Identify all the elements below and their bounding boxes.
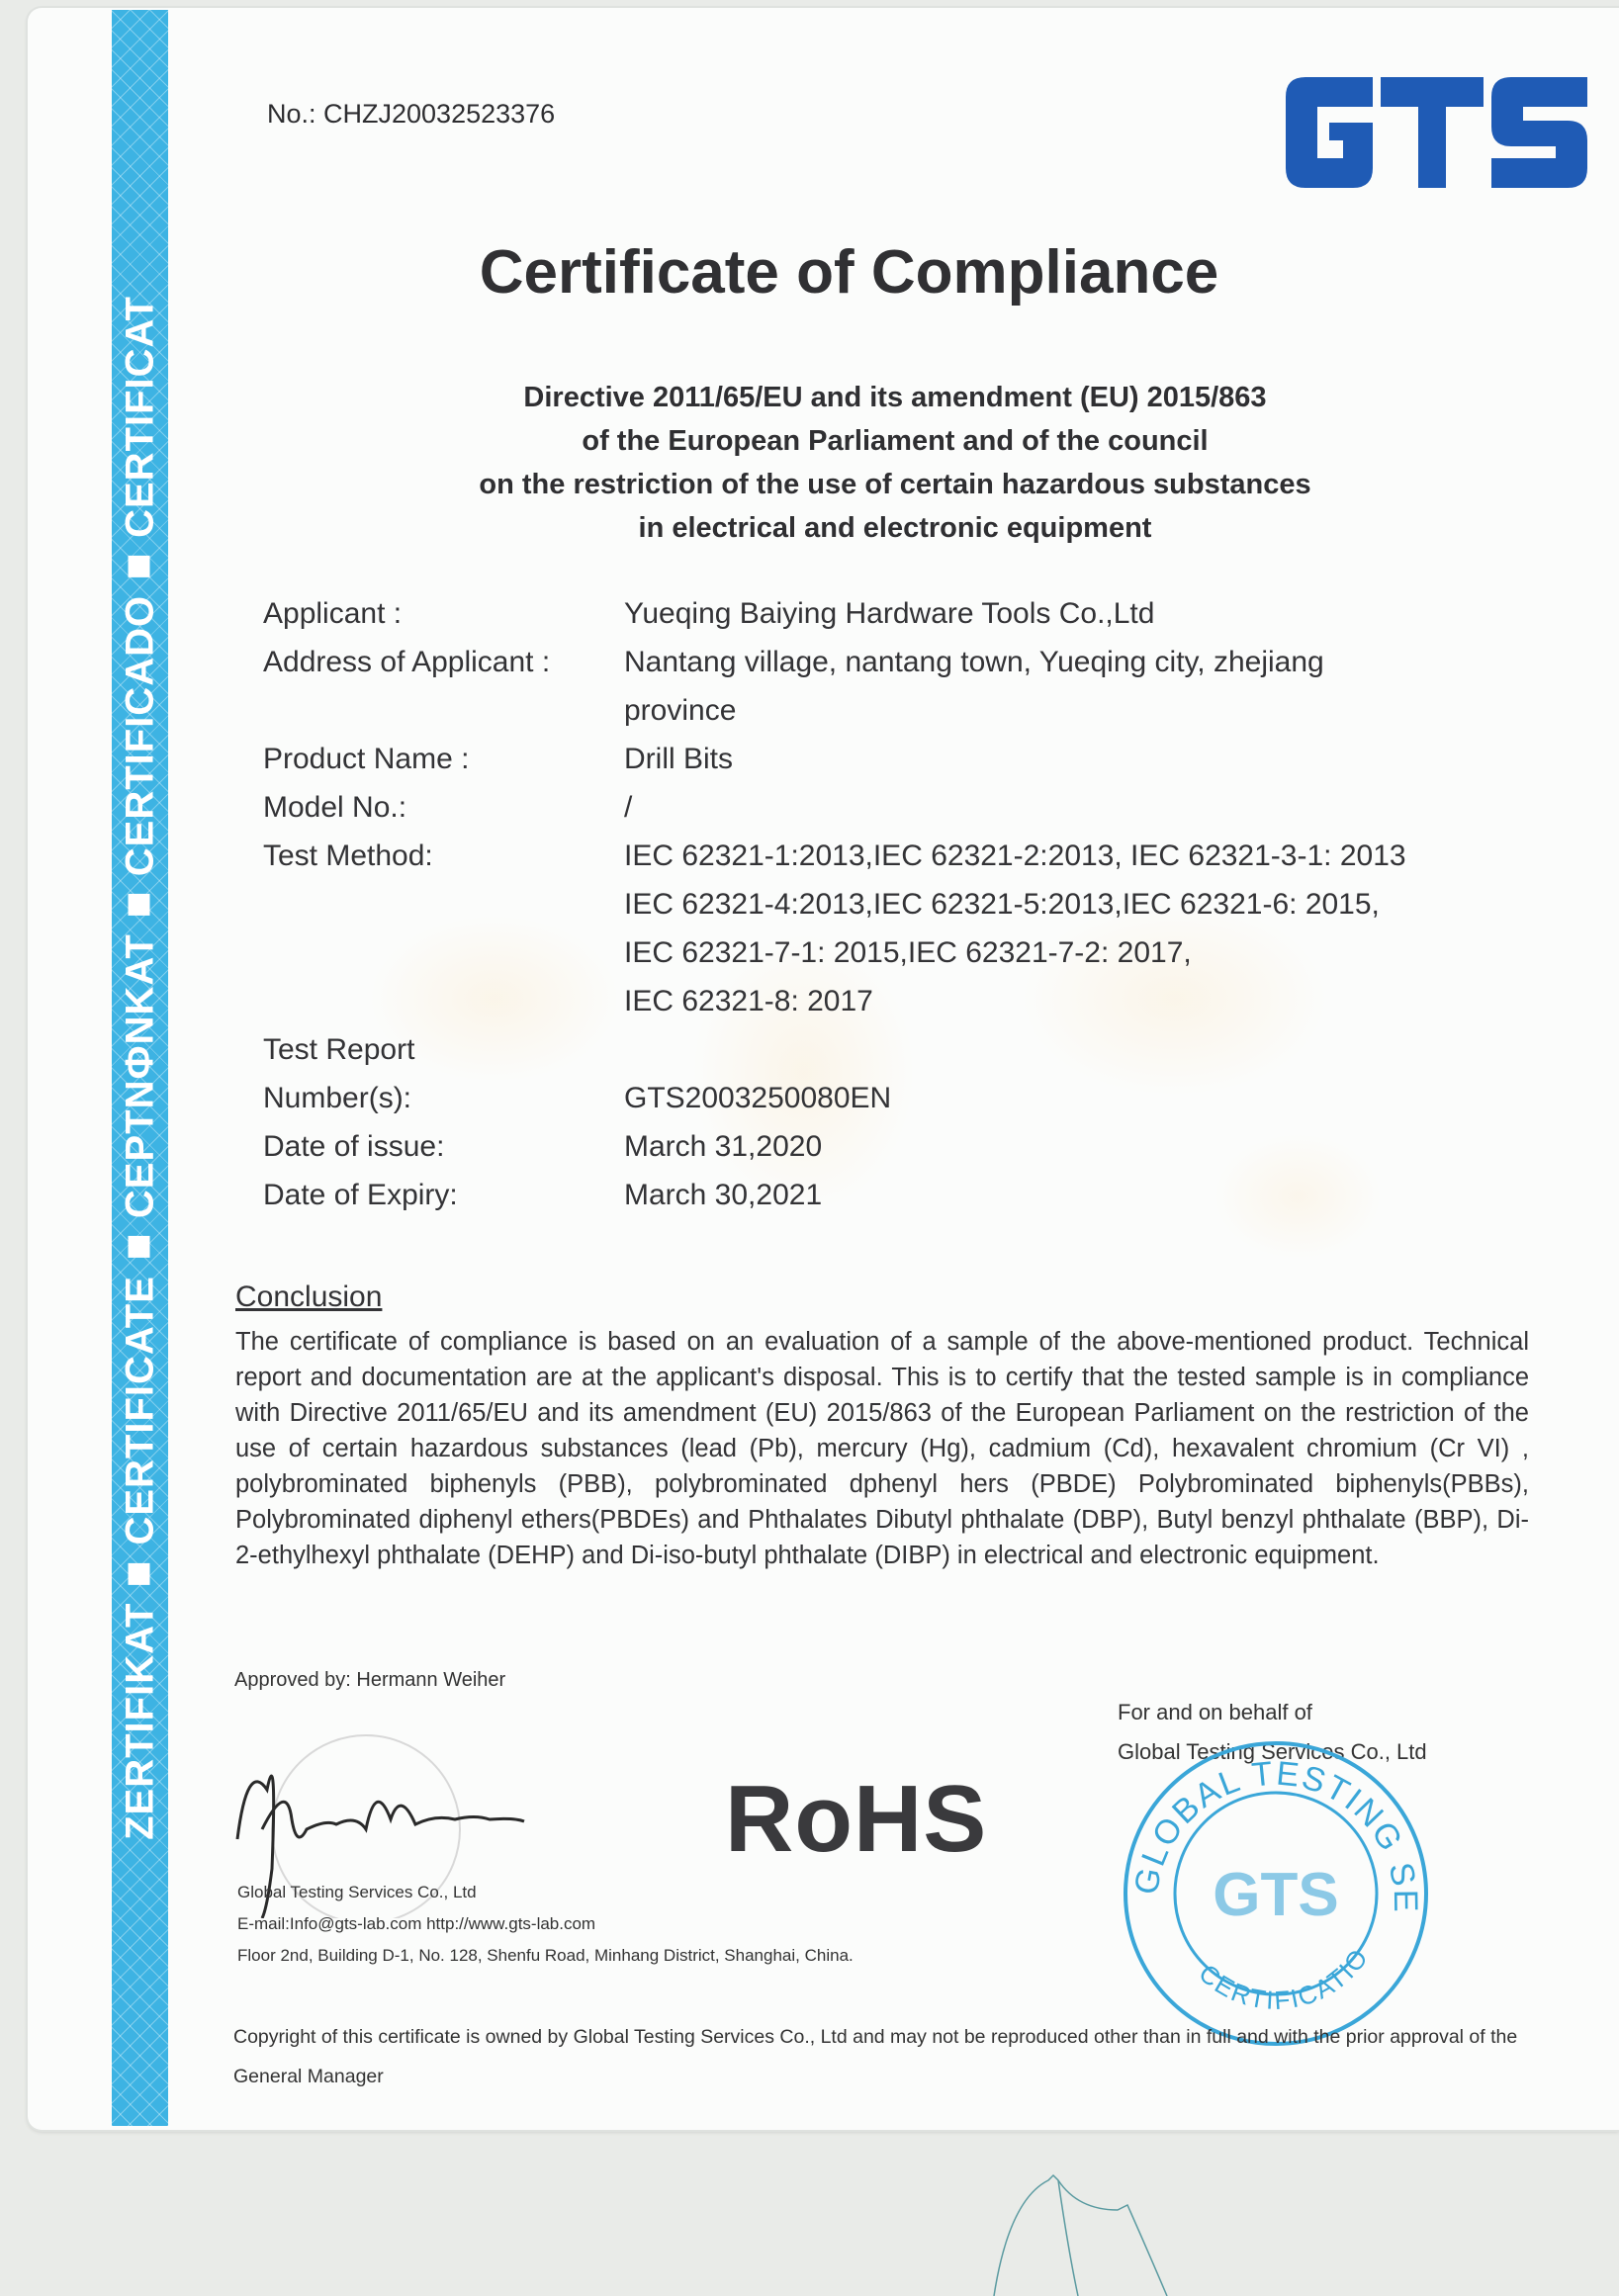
- certificate-title: Certificate of Compliance: [0, 237, 1619, 308]
- approved-by: Approved by: Hermann Weiher: [234, 1669, 505, 1692]
- field-value: IEC 62321-1:2013,IEC 62321-2:2013, IEC 6…: [624, 832, 1549, 880]
- separator-square: [128, 1563, 149, 1585]
- field-label: [263, 880, 624, 928]
- conclusion-section: Conclusion The certificate of compliance…: [235, 1280, 1529, 1573]
- company-info: Global Testing Services Co., Ltd E-mail:…: [237, 1877, 854, 1972]
- field-row: Test Report: [263, 1025, 1549, 1074]
- field-label: Number(s):: [263, 1074, 624, 1122]
- field-value: Nantang village, nantang town, Yueqing c…: [624, 638, 1549, 686]
- field-row: IEC 62321-4:2013,IEC 62321-5:2013,IEC 62…: [263, 880, 1549, 928]
- directive-line: in electrical and electronic equipment: [356, 506, 1434, 550]
- side-band-text: ZERTIFIKATCERTIFICATECEPTNФNKATCERTIFICA…: [118, 296, 162, 1840]
- field-row: Test Method:IEC 62321-1:2013,IEC 62321-2…: [263, 832, 1549, 880]
- copyright-notice: Copyright of this certificate is owned b…: [233, 2017, 1559, 2096]
- field-value: March 30,2021: [624, 1171, 1549, 1219]
- conclusion-body: The certificate of compliance is based o…: [235, 1324, 1529, 1573]
- separator-square: [128, 1236, 149, 1258]
- field-value: [624, 1025, 1549, 1074]
- field-row: Applicant :Yueqing Baiying Hardware Tool…: [263, 589, 1549, 638]
- field-label: Date of issue:: [263, 1122, 624, 1171]
- separator-square: [128, 894, 149, 916]
- scan-artifact: [989, 2170, 1286, 2296]
- field-label: [263, 977, 624, 1025]
- conclusion-title: Conclusion: [235, 1280, 1529, 1314]
- field-label: Model No.:: [263, 783, 624, 832]
- field-label: Date of Expiry:: [263, 1171, 624, 1219]
- behalf-line: For and on behalf of: [1118, 1693, 1427, 1732]
- separator-square: [128, 556, 149, 577]
- field-label: [263, 686, 624, 735]
- certificate-fields: Applicant :Yueqing Baiying Hardware Tool…: [263, 589, 1549, 1219]
- field-row: IEC 62321-8: 2017: [263, 977, 1549, 1025]
- company-name: Global Testing Services Co., Ltd: [237, 1877, 854, 1908]
- field-value: IEC 62321-7-1: 2015,IEC 62321-7-2: 2017,: [624, 928, 1549, 977]
- field-label: Applicant :: [263, 589, 624, 638]
- side-band: ZERTIFIKATCERTIFICATECEPTNФNKATCERTIFICA…: [112, 10, 168, 2126]
- side-band-word: CERTIFICAT: [118, 296, 161, 538]
- field-label: Product Name :: [263, 735, 624, 783]
- field-row: Number(s):GTS2003250080EN: [263, 1074, 1549, 1122]
- rohs-mark: RoHS: [725, 1765, 987, 1874]
- field-value: province: [624, 686, 1549, 735]
- side-band-word: CERTIFICADO: [118, 595, 161, 876]
- side-band-word: CEPTNФNKAT: [118, 933, 161, 1218]
- directive-line: Directive 2011/65/EU and its amendment (…: [356, 376, 1434, 419]
- directive-line: on the restriction of the use of certain…: [356, 463, 1434, 506]
- company-address: Floor 2nd, Building D-1, No. 128, Shenfu…: [237, 1940, 854, 1972]
- field-label: Test Method:: [263, 832, 624, 880]
- field-row: IEC 62321-7-1: 2015,IEC 62321-7-2: 2017,: [263, 928, 1549, 977]
- field-value: /: [624, 783, 1549, 832]
- field-value: IEC 62321-8: 2017: [624, 977, 1549, 1025]
- field-row: Date of issue:March 31,2020: [263, 1122, 1549, 1171]
- field-row: Date of Expiry:March 30,2021: [263, 1171, 1549, 1219]
- field-value: Yueqing Baiying Hardware Tools Co.,Ltd: [624, 589, 1549, 638]
- field-value: Drill Bits: [624, 735, 1549, 783]
- company-contact: E-mail:Info@gts-lab.com http://www.gts-l…: [237, 1908, 854, 1940]
- side-band-word: ZERTIFIKAT: [118, 1603, 161, 1840]
- certificate-number: No.: CHZJ20032523376: [267, 99, 555, 130]
- field-value: March 31,2020: [624, 1122, 1549, 1171]
- field-row: Product Name :Drill Bits: [263, 735, 1549, 783]
- field-row: Model No.:/: [263, 783, 1549, 832]
- field-label: [263, 928, 624, 977]
- field-row: province: [263, 686, 1549, 735]
- directive-line: of the European Parliament and of the co…: [356, 419, 1434, 463]
- gts-logo: [1286, 77, 1587, 188]
- side-band-word: CERTIFICATE: [118, 1276, 161, 1545]
- svg-text:GTS: GTS: [1213, 1861, 1338, 1929]
- field-value: IEC 62321-4:2013,IEC 62321-5:2013,IEC 62…: [624, 880, 1549, 928]
- field-label: Address of Applicant :: [263, 638, 624, 686]
- field-label: Test Report: [263, 1025, 624, 1074]
- company-seal-stamp: GLOBAL TESTING SERVICES CO.,LTD. CERTIFI…: [1118, 1735, 1434, 2052]
- field-value: GTS2003250080EN: [624, 1074, 1549, 1122]
- directive-heading: Directive 2011/65/EU and its amendment (…: [356, 376, 1434, 550]
- field-row: Address of Applicant :Nantang village, n…: [263, 638, 1549, 686]
